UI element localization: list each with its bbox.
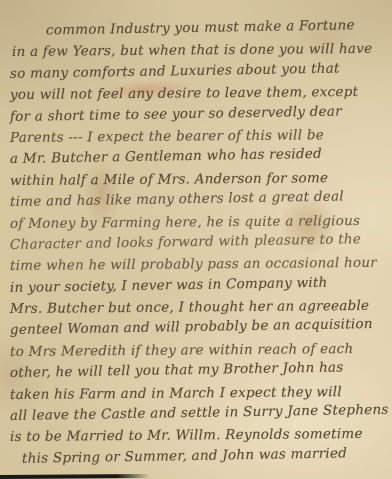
letter-page: common Industry you must make a Fortune … [0, 0, 392, 479]
letter-body: common Industry you must make a Fortune … [10, 21, 392, 470]
letter-line-15: genteel Woman and will probably be an ac… [10, 314, 392, 342]
scan-edge-artifact [0, 474, 150, 479]
letter-line-17: other, he will tell you that my Brother … [10, 357, 392, 385]
letter-line-7: a Mr. Butcher a Gentleman who has reside… [10, 143, 392, 171]
